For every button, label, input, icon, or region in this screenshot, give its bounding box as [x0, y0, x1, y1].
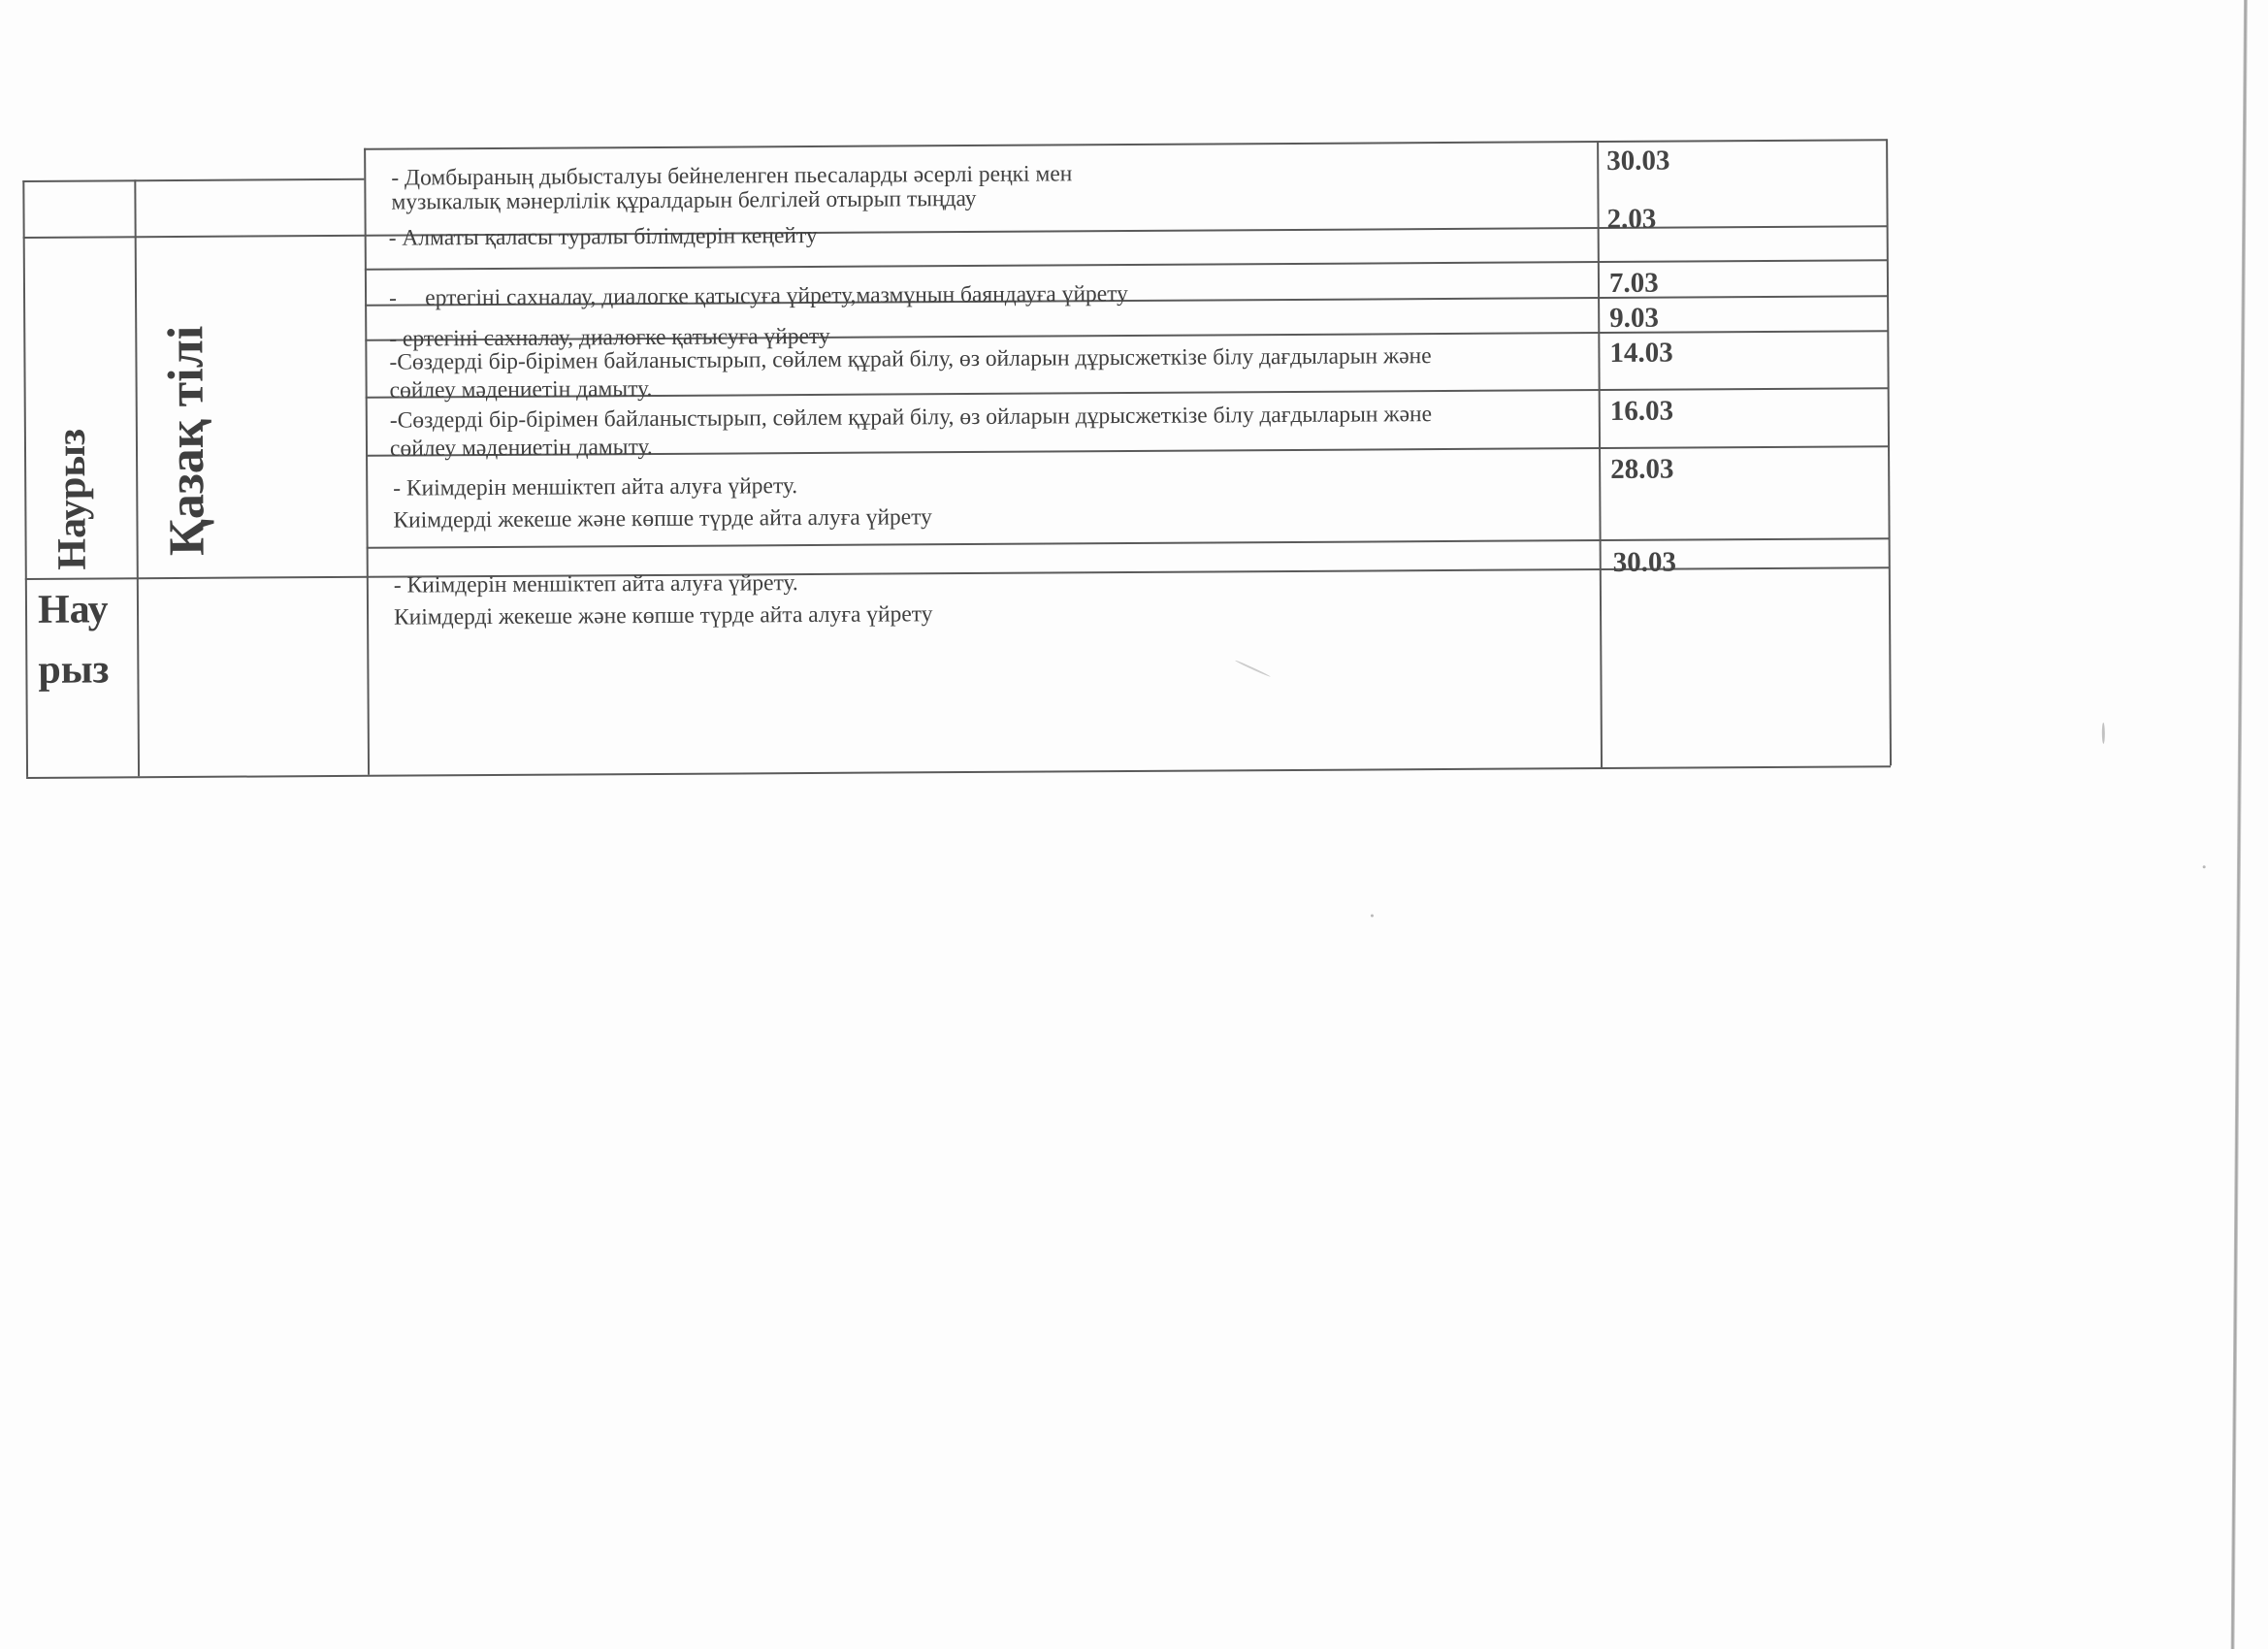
scan-speck [2203, 865, 2206, 868]
date-cell: 30.03 [1613, 547, 1676, 579]
table-row: - ертегіні сахналау, диалогке қатысуға ү… [0, 0, 2265, 6]
scan-speck [1371, 914, 1374, 917]
table-row: - Домбыраның дыбысталуы бейнеленген пьес… [0, 0, 2265, 6]
date-cell: 7.03 [1609, 268, 1659, 300]
activity-text: - Домбыраның дыбысталуы бейнеленген пьес… [391, 158, 1072, 218]
month-label-part-2: рыз [38, 639, 109, 699]
date-cell: 9.03 [1609, 303, 1659, 335]
date-cell: 28.03 [1610, 454, 1673, 486]
table-row: -Сөздерді бір-бірімен байланыстырып, сөй… [0, 0, 2265, 6]
table-grid [0, 0, 2265, 6]
activity-text: - Киімдерін меншіктеп айта алуға үйрету.… [393, 469, 932, 536]
scan-speck [1235, 660, 1271, 678]
date-cell: 2.03 [1606, 204, 1656, 236]
activity-text: - Киімдерін меншіктеп айта алуға үйрету.… [394, 566, 933, 633]
date-cell: 14.03 [1609, 338, 1672, 370]
table-row: -Сөздерді бір-бірімен байланыстырып, сөй… [0, 0, 2265, 6]
activity-text: - ертегіні сахналау, диалогке қатысуға ү… [389, 278, 1128, 315]
subject-label-vertical: Қазақ тілі [157, 326, 215, 557]
scanned-page: Наурыз Қазақ тілі Нау рыз - Домбыраның д… [0, 0, 2268, 1649]
month-label-part-1: Нау [38, 579, 109, 639]
table-row: - Киімдерін меншіктеп айта алуға үйрету.… [0, 0, 2265, 6]
date-cell: 16.03 [1610, 396, 1673, 428]
table-row: - Киімдерін меншіктеп айта алуға үйрету.… [0, 0, 2265, 6]
activity-text: - Алматы қаласы туралы білімдерін кеңейт… [389, 220, 818, 255]
date-cell: 30.03 [1606, 145, 1669, 178]
month-label-vertical: Наурыз [49, 429, 96, 570]
month-label-wrapped: Нау рыз [38, 579, 110, 699]
activity-text: -Сөздерді бір-бірімен байланыстырып, сөй… [389, 340, 1432, 407]
scan-speck [2102, 723, 2105, 744]
table-row: - Алматы қаласы туралы білімдерін кеңейт… [0, 0, 2265, 6]
activity-text: -Сөздерді бір-бірімен байланыстырып, сөй… [390, 399, 1433, 466]
table-row: - ертегіні сахналау, диалогке қатысуға ү… [0, 0, 2265, 6]
